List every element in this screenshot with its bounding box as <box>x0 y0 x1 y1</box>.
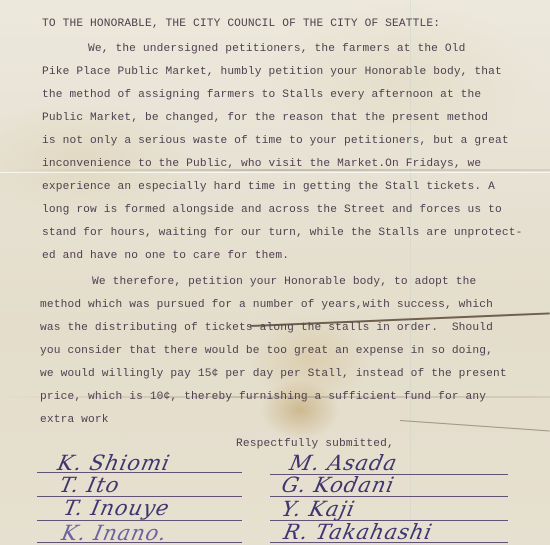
signature-left-1: K. Shiomi <box>56 452 173 474</box>
text-line: was the distributing of tickets along th… <box>40 321 493 335</box>
text-line: you consider that there would be too gre… <box>40 344 493 358</box>
signature-left-2: T. Ito <box>58 474 122 496</box>
text-line: method which was pursued for a number of… <box>40 298 493 312</box>
signature-left-3: T. Inouye <box>62 497 172 519</box>
text-line: stand for hours, waiting for our turn, w… <box>42 226 522 240</box>
text-line: Pike Place Public Market, humbly petitio… <box>42 65 502 79</box>
signature-right-1: M. Asada <box>288 452 400 474</box>
text-line: Public Market, be changed, for the reaso… <box>42 111 488 125</box>
signature-right-4: R. Takahashi <box>282 521 435 543</box>
signature-right-3: Y. Kaji <box>280 498 358 520</box>
signature-left-4: K. Inano. <box>60 522 170 544</box>
text-line: experience an especially hard time in ge… <box>42 180 495 194</box>
text-line: inconvenience to the Public, who visit t… <box>42 157 481 171</box>
text-line: the method of assigning farmers to Stall… <box>42 88 481 102</box>
text-line: extra work <box>40 413 109 427</box>
text-line: long row is formed alongside and across … <box>42 203 502 217</box>
paper-crease-highlight <box>0 172 550 173</box>
text-line: price, which is 10¢, thereby furnishing … <box>40 390 486 404</box>
salutation: TO THE HONORABLE, THE CITY COUNCIL OF TH… <box>42 17 440 31</box>
text-line: ed and have no one to care for them. <box>42 249 289 263</box>
text-line: is not only a serious waste of time to y… <box>42 134 509 148</box>
closing: Respectfully submitted, <box>236 437 394 451</box>
paper-fold-vertical <box>410 0 411 545</box>
text-line: We therefore, petition your Honorable bo… <box>92 275 476 289</box>
text-line: We, the undersigned petitioners, the far… <box>88 42 466 56</box>
text-line: we would willingly pay 15¢ per day per S… <box>40 367 507 381</box>
signature-right-2: G. Kodani <box>280 474 397 496</box>
